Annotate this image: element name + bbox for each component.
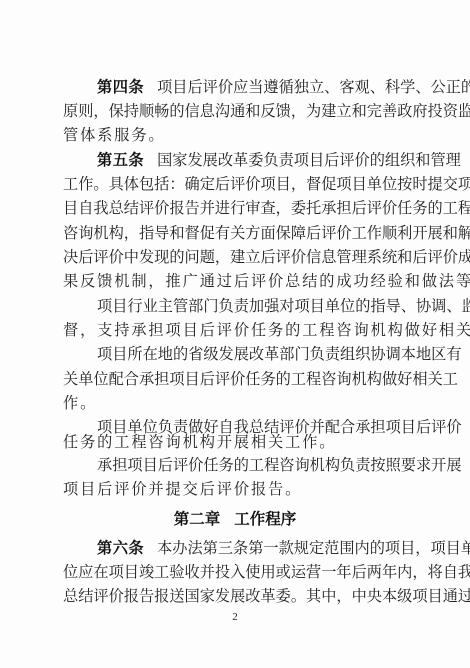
article-6-line-3: 总结评价报告报送国家发展改革委。其中，中央本级项目通过: [63, 586, 407, 606]
paragraph-1-line-1: 项目行业主管部门负责加强对项目单位的指导、协调、监: [97, 296, 407, 316]
article-5-line-3: 目自我总结评价报告并进行审查，委托承担后评价任务的工程: [63, 198, 407, 218]
article-5-line-6: 果反馈机制，推广通过后评价总结的成功经验和做法等。: [63, 271, 407, 291]
article-6-label: 第六条: [97, 539, 144, 557]
chapter-title: 工作程序: [234, 510, 296, 528]
paragraph-2-line-1: 项目所在地的省级发展改革部门负责组织协调本地区有: [97, 344, 407, 364]
paragraph-3-line-2: 任务的工程咨询机构开展相关工作。: [63, 432, 407, 452]
article-4-line-2: 原则，保持顺畅的信息沟通和反馈，为建立和完善政府投资监: [63, 101, 407, 121]
article-4-label: 第四条: [97, 78, 144, 96]
article-4-line-1: 第四条项目后评价应当遵循独立、客观、科学、公正的: [97, 77, 407, 97]
chapter-number: 第二章: [174, 510, 221, 528]
document-page: 第四条项目后评价应当遵循独立、客观、科学、公正的 原则，保持顺畅的信息沟通和反馈…: [0, 0, 470, 668]
article-5-label: 第五条: [97, 151, 144, 169]
paragraph-2-line-2: 关单位配合承担项目后评价任务的工程咨询机构做好相关工: [63, 369, 407, 389]
paragraph-4-line-1: 承担项目后评价任务的工程咨询机构负责按照要求开展: [97, 455, 407, 475]
paragraph-1-line-2: 督，支持承担项目后评价任务的工程咨询机构做好相关工作。: [63, 320, 407, 340]
article-5-line-5: 决后评价中发现的问题，建立后评价信息管理系统和后评价成: [63, 247, 407, 267]
chapter-heading: 第二章工作程序: [0, 509, 470, 529]
article-6-line-2: 位应在项目竣工验收并投入使用或运营一年后两年内，将自我: [63, 562, 407, 582]
page-number: 2: [0, 609, 470, 625]
article-5-line-1: 第五条国家发展改革委负责项目后评价的组织和管理: [97, 150, 407, 170]
article-4-line-3: 管体系服务。: [63, 125, 407, 145]
article-6-line-1: 第六条本办法第三条第一款规定范围内的项目，项目单: [97, 538, 407, 558]
paragraph-4-line-2: 项目后评价并提交后评价报告。: [63, 479, 407, 499]
article-5-line-2: 工作。具体包括：确定后评价项目，督促项目单位按时提交项: [63, 174, 407, 194]
article-5-line-4: 咨询机构，指导和督促有关方面保障后评价工作顺利开展和解: [63, 223, 407, 243]
paragraph-2-line-3: 作。: [63, 393, 407, 413]
